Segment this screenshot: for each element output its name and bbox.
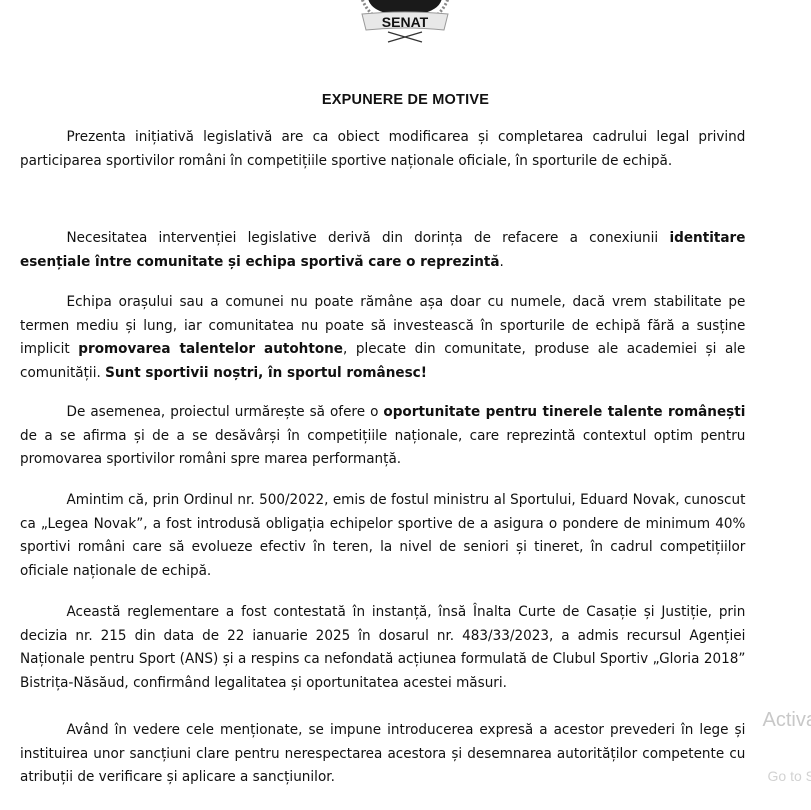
bold-text: promovarea talentelor autohtone bbox=[78, 340, 343, 357]
text: Având în vedere cele menționate, se impu… bbox=[20, 721, 745, 785]
svg-text:SENAT: SENAT bbox=[382, 14, 429, 30]
bold-text: Sunt sportivii noștri, în sportul române… bbox=[105, 364, 427, 381]
senate-emblem-icon: SENAT bbox=[340, 0, 470, 44]
text: . bbox=[500, 253, 504, 270]
text: Prezenta inițiativă legislativă are ca o… bbox=[20, 128, 745, 169]
paragraph: Prezenta inițiativă legislativă are ca o… bbox=[20, 125, 745, 172]
activation-watermark: Activa bbox=[763, 710, 811, 730]
bold-text: oportunitate pentru tinerele talente rom… bbox=[383, 403, 745, 420]
text: De asemenea, proiectul urmărește să ofer… bbox=[67, 403, 384, 420]
document-title: EXPUNERE DE MOTIVE bbox=[0, 92, 811, 108]
paragraph: Echipa orașului sau a comunei nu poate r… bbox=[20, 290, 745, 384]
paragraph: Această reglementare a fost contestată î… bbox=[20, 600, 745, 694]
text: Amintim că, prin Ordinul nr. 500/2022, e… bbox=[20, 491, 745, 579]
text: Necesitatea intervenției legislative der… bbox=[67, 229, 670, 246]
text: de a se afirma și de a se desăvârși în c… bbox=[20, 427, 745, 468]
senate-emblem-logo: SENAT bbox=[340, 0, 470, 44]
paragraph: Necesitatea intervenției legislative der… bbox=[20, 226, 745, 273]
paragraph: Amintim că, prin Ordinul nr. 500/2022, e… bbox=[20, 488, 745, 582]
activation-watermark-subtext: Go to S bbox=[768, 768, 811, 784]
text: Această reglementare a fost contestată î… bbox=[20, 603, 745, 691]
paragraph: De asemenea, proiectul urmărește să ofer… bbox=[20, 400, 745, 471]
paragraph: Având în vedere cele menționate, se impu… bbox=[20, 718, 745, 789]
